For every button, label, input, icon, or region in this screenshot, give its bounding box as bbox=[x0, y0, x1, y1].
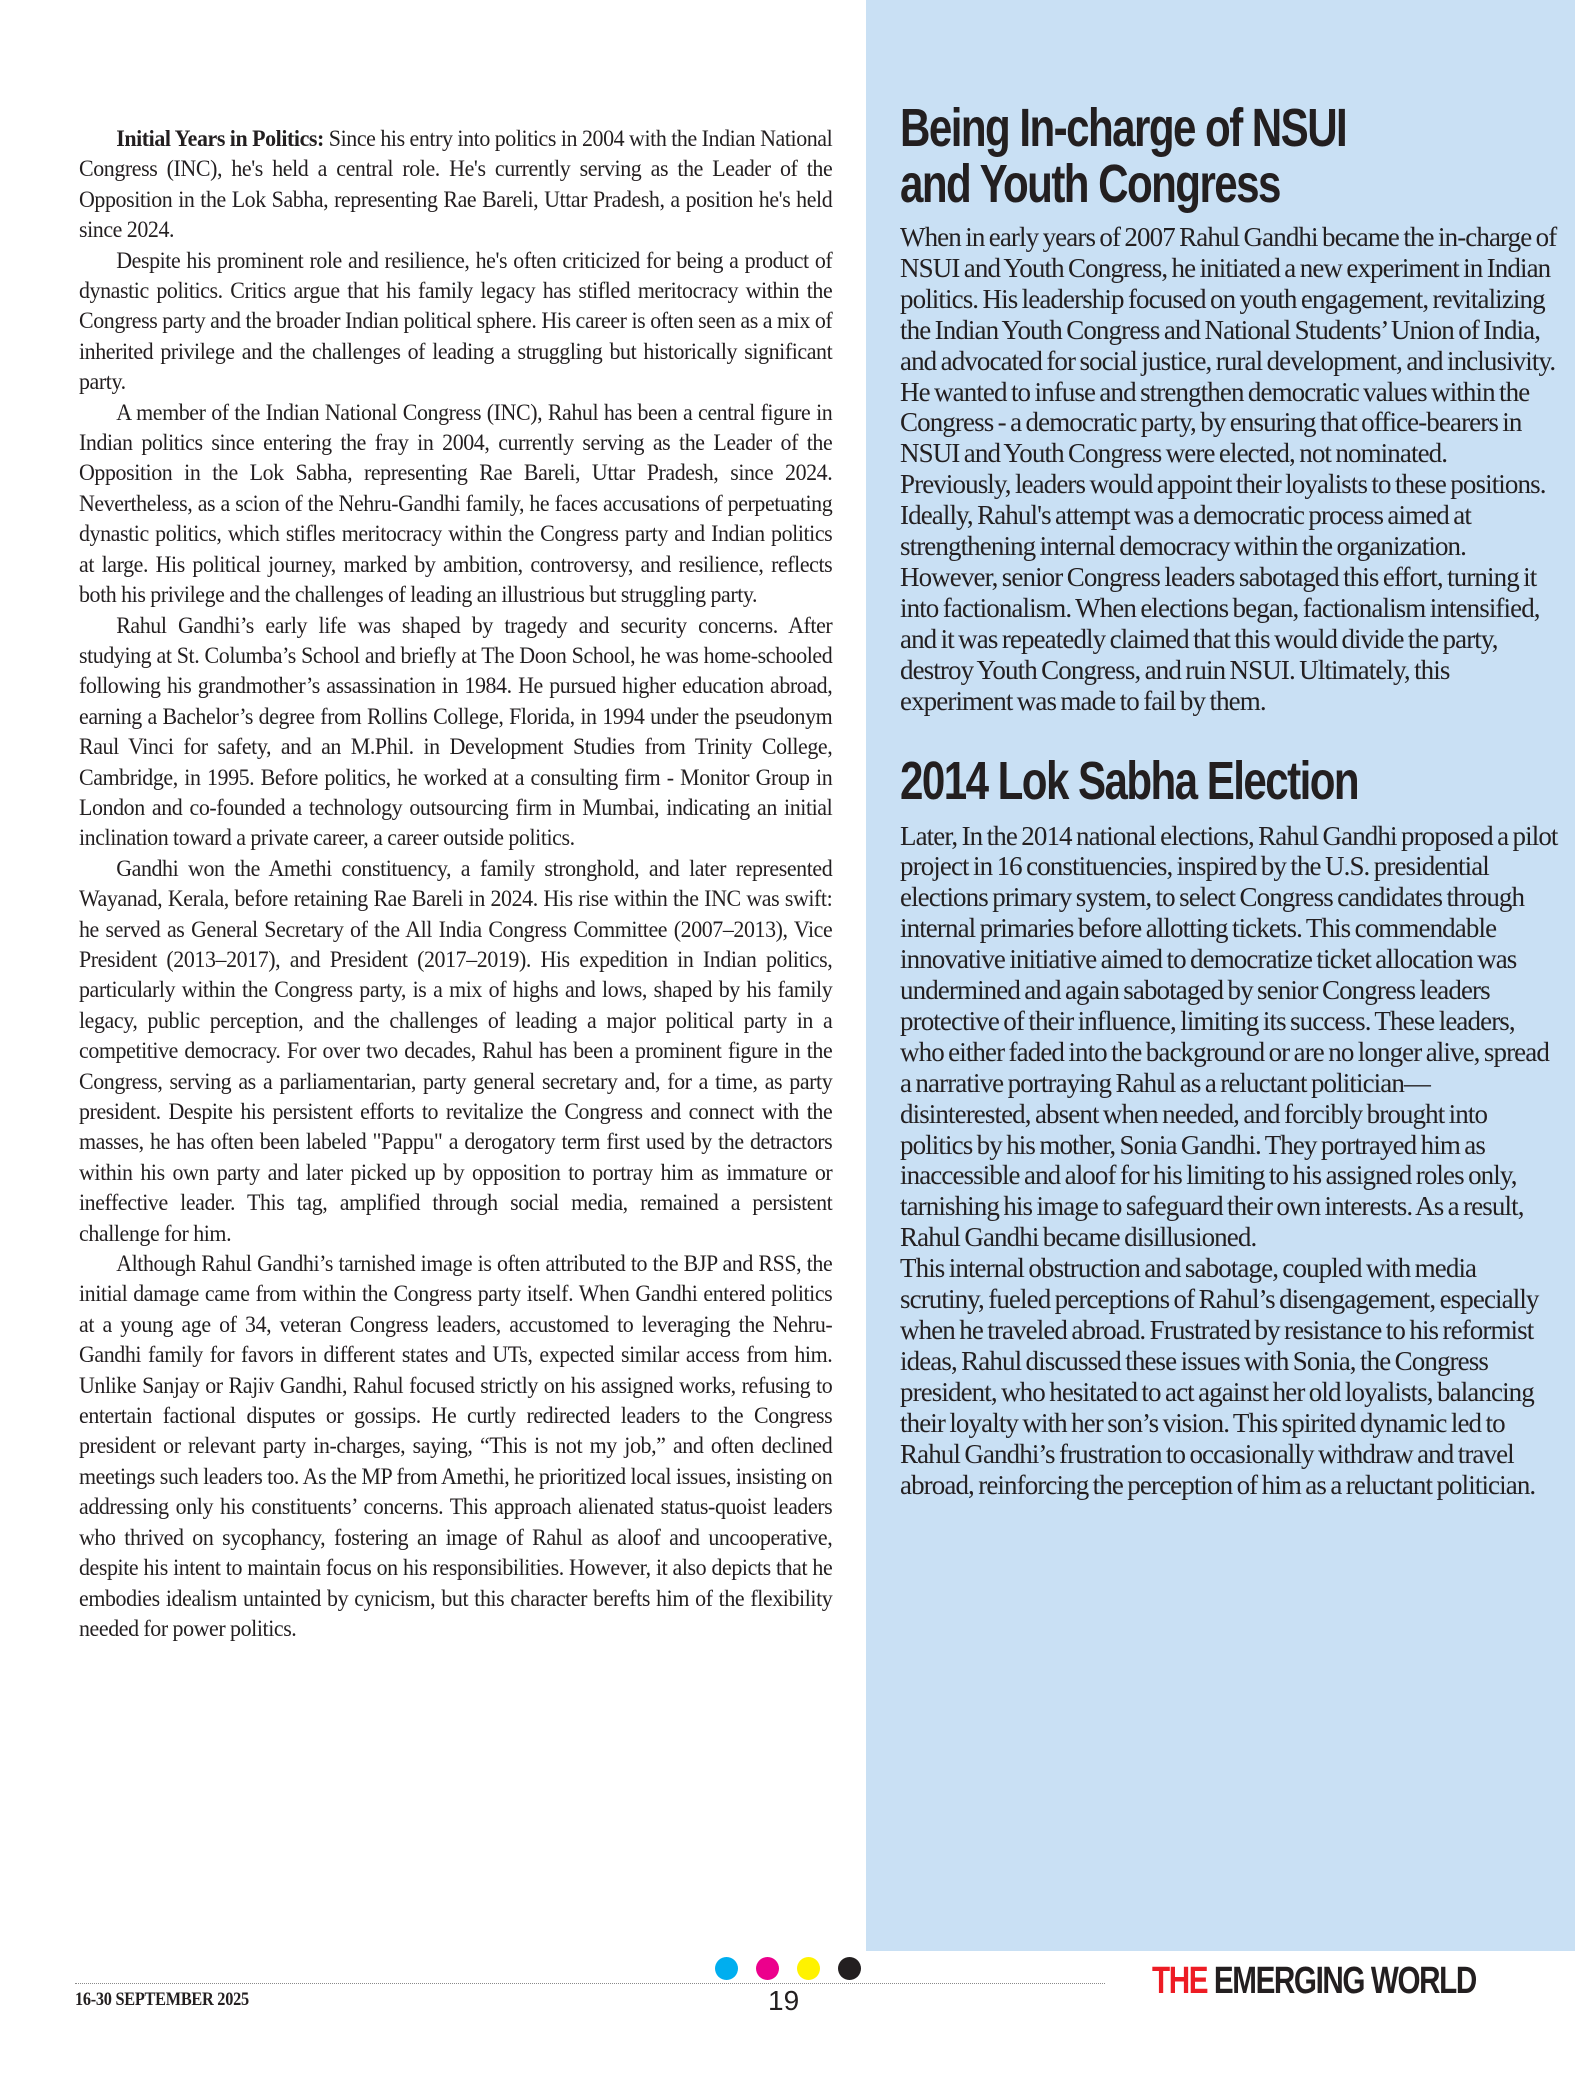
sidebar-paragraph: When in early years of 2007 Rahul Gandhi… bbox=[900, 222, 1560, 717]
paragraph-text: Gandhi won the Amethi constituency, a fa… bbox=[79, 856, 832, 1247]
sidebar-paragraph: Later, In the 2014 national elections, R… bbox=[900, 821, 1560, 1254]
paragraph-text: A member of the Indian National Congress… bbox=[79, 400, 832, 608]
footer-divider bbox=[75, 1983, 1105, 1984]
main-article: Initial Years in Politics: Since his ent… bbox=[79, 124, 832, 1644]
heading-line: Being In-charge of NSUI bbox=[900, 100, 1540, 156]
page-number: 19 bbox=[768, 1985, 799, 2017]
section-heading-nsui: Being In-charge of NSUI and Youth Congre… bbox=[900, 100, 1540, 212]
paragraph-text: Rahul Gandhi’s early life was shaped by … bbox=[79, 613, 832, 852]
article-paragraph: Rahul Gandhi’s early life was shaped by … bbox=[79, 611, 832, 854]
heading-line: and Youth Congress bbox=[900, 156, 1540, 212]
logo-prefix: THE bbox=[1152, 1960, 1207, 2002]
paragraph-text: Although Rahul Gandhi’s tarnished image … bbox=[79, 1251, 832, 1642]
section-body-2014-election: Later, In the 2014 national elections, R… bbox=[900, 821, 1560, 1501]
paragraph-lead-in: Initial Years in Politics: bbox=[116, 126, 324, 152]
section-body-nsui: When in early years of 2007 Rahul Gandhi… bbox=[900, 222, 1560, 717]
cyan-dot-icon bbox=[715, 1957, 738, 1980]
sidebar-paragraph: This internal obstruction and sabotage, … bbox=[900, 1253, 1560, 1500]
issue-date: 16-30 SEPTEMBER 2025 bbox=[75, 1990, 249, 2011]
black-dot-icon bbox=[838, 1957, 861, 1980]
article-paragraph: Initial Years in Politics: Since his ent… bbox=[79, 124, 832, 246]
article-paragraph: Gandhi won the Amethi constituency, a fa… bbox=[79, 854, 832, 1249]
paragraph-text: Despite his prominent role and resilienc… bbox=[79, 248, 832, 396]
yellow-dot-icon bbox=[797, 1957, 820, 1980]
section-heading-2014-election: 2014 Lok Sabha Election bbox=[900, 753, 1540, 809]
logo-name-text: EMERGING WORLD bbox=[1214, 1960, 1476, 2002]
logo-name: EMERGING WORLD bbox=[1207, 1960, 1476, 2002]
article-paragraph: Although Rahul Gandhi’s tarnished image … bbox=[79, 1249, 832, 1644]
publication-logo: THE EMERGING WORLD bbox=[1152, 1960, 1476, 2003]
registration-marks bbox=[715, 1957, 861, 1980]
magenta-dot-icon bbox=[756, 1957, 779, 1980]
sidebar-box: Being In-charge of NSUI and Youth Congre… bbox=[866, 0, 1575, 1951]
sidebar-content: Being In-charge of NSUI and Youth Congre… bbox=[900, 100, 1540, 1500]
article-paragraph: A member of the Indian National Congress… bbox=[79, 398, 832, 611]
article-paragraph: Despite his prominent role and resilienc… bbox=[79, 246, 832, 398]
heading-line: 2014 Lok Sabha Election bbox=[900, 753, 1540, 809]
